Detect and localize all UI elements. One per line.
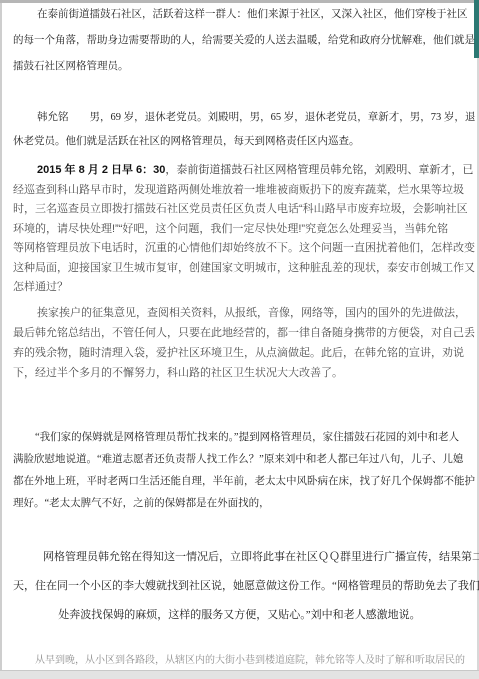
text-line: 下，经过半个多月的不懈努力，科山路的社区卫生状况大大改善了。 bbox=[13, 363, 466, 383]
paragraph-patrol-story: 2015 年 8 月 2 日早 6：30，泰前街道擂鼓石社区网格管理员韩允铭，刘… bbox=[13, 161, 466, 298]
text-line: 从早到晚，从小区到各路段，从辖区内的大街小巷到楼道庭院，韩允铭等人及时了解和听取… bbox=[13, 654, 466, 668]
text-line: 休老党员。他们就是活跃在社区的网格管理员，每天到网格责任区内巡查。 bbox=[13, 130, 466, 154]
text-line: “我们家的保姆就是网格管理员帮忙找来的。”提到网格管理员，家住擂鼓石花园的刘中和… bbox=[13, 427, 466, 449]
text-line: 弃的残余物，随时清理入袋，爱护社区环境卫生，从点滴做起。此后，在韩允铭的宣讲，劝… bbox=[13, 343, 466, 363]
paragraph-nanny-story: “我们家的保姆就是网格管理员帮忙找来的。”提到网格管理员，家住擂鼓石花园的刘中和… bbox=[13, 427, 466, 515]
text-line: 都在外地上班，平时老两口生活还能自理，半年前，老太太中风卧病在床，找了好几个保姆… bbox=[13, 471, 466, 493]
text-line: 时，三名巡查员立即拨打擂鼓石社区党员责任区负责人电话“科山路早市废弃垃圾，会影响… bbox=[13, 200, 466, 220]
text-line: 挨家挨户的征集意见，查阅相关资料，从报纸，音像，网络等，国内的国外的先进做法， bbox=[13, 303, 466, 323]
text-line: 在泰前街道擂鼓石社区，活跃着这样一群人：他们来源于社区，又深入社区，他们穿梭于社… bbox=[13, 2, 466, 28]
scrollbar-thumb[interactable] bbox=[474, 0, 479, 58]
text-line: 经巡查到科山路早市时，发现道路两侧处堆放着一堆堆被商贩扔下的废弃蔬菜，烂水果等垃… bbox=[13, 181, 466, 201]
text-line: 最后韩允铭总结出，不管任何人，只要在此地经营的，都一律自备随身携带的方便袋，对自… bbox=[13, 323, 466, 343]
paragraph-qq-broadcast: 网格管理员韩允铭在得知这一情况后，立即将此事在社区ＱＱ群里进行广播宣传，结果第二… bbox=[13, 543, 466, 630]
date-lead: 2015 年 8 月 2 日早 6：30 bbox=[37, 164, 165, 176]
text-line: 满脸欣慰地说道。“难道志愿者还负责帮人找工作么？”原来刘中和老人都已年过八旬，儿… bbox=[13, 449, 466, 471]
paragraph-members: 韩允铭 男，69 岁，退休老党员。刘殿明，男，65 岁，退休老党员，章新才，男，… bbox=[13, 106, 466, 154]
page-left-edge bbox=[0, 3, 2, 670]
document-page: 在泰前街道擂鼓石社区，活跃着这样一群人：他们来源于社区，又深入社区，他们穿梭于社… bbox=[0, 0, 479, 679]
text-line: 环境的，请尽快处理!”“好吧，这个问题，我们一定尽快处理!”究竟怎么处理妥当，当… bbox=[13, 220, 466, 240]
text-line: 处奔波找保姆的麻烦，这样的服务又方便，又贴心。”刘中和老人感激地说。 bbox=[13, 601, 466, 630]
text-line: 韩允铭 男，69 岁，退休老党员。刘殿明，男，65 岁，退休老党员，章新才，男，… bbox=[13, 106, 466, 130]
text-line: 擂鼓石社区网格管理员。 bbox=[13, 54, 466, 80]
paragraph-footer-partial: 从早到晚，从小区到各路段，从辖区内的大街小巷到楼道庭院，韩允铭等人及时了解和听取… bbox=[13, 654, 466, 668]
text-line: 这种局面，迎接国家卫生城市复审，创建国家文明城市，这种脏乱差的现状，泰安市创城工… bbox=[13, 259, 466, 279]
text-line: 怎样通过？ bbox=[13, 278, 466, 298]
paragraph-intro: 在泰前街道擂鼓石社区，活跃着这样一群人：他们来源于社区，又深入社区，他们穿梭于社… bbox=[13, 2, 466, 80]
text-line: 的每一个角落，帮助身边需要帮助的人，给需要关爱的人送去温暖，给党和政府分忧解难，… bbox=[13, 28, 466, 54]
text-span: ，泰前街道擂鼓石社区网格管理员韩允铭，刘殿明、章新才，已 bbox=[165, 164, 473, 176]
text-line: 2015 年 8 月 2 日早 6：30，泰前街道擂鼓石社区网格管理员韩允铭，刘… bbox=[13, 161, 466, 181]
text-line: 天，住在同一个小区的李大嫂就找到社区说，她愿意做这份工作。“网格管理员的帮助免去… bbox=[13, 572, 466, 601]
document-content: 在泰前街道擂鼓石社区，活跃着这样一群人：他们来源于社区，又深入社区，他们穿梭于社… bbox=[13, 0, 466, 679]
text-line: 理好。“老太太脾气不好，之前的保姆都是在外面找的， bbox=[13, 493, 466, 515]
text-line: 网格管理员韩允铭在得知这一情况后，立即将此事在社区ＱＱ群里进行广播宣传，结果第二 bbox=[13, 543, 466, 572]
paragraph-solution: 挨家挨户的征集意见，查阅相关资料，从报纸，音像，网络等，国内的国外的先进做法， … bbox=[13, 303, 466, 383]
text-line: 等网格管理员放下电话时，沉重的心情他们却始终放不下。这个问题一直困扰着他们，怎样… bbox=[13, 239, 466, 259]
